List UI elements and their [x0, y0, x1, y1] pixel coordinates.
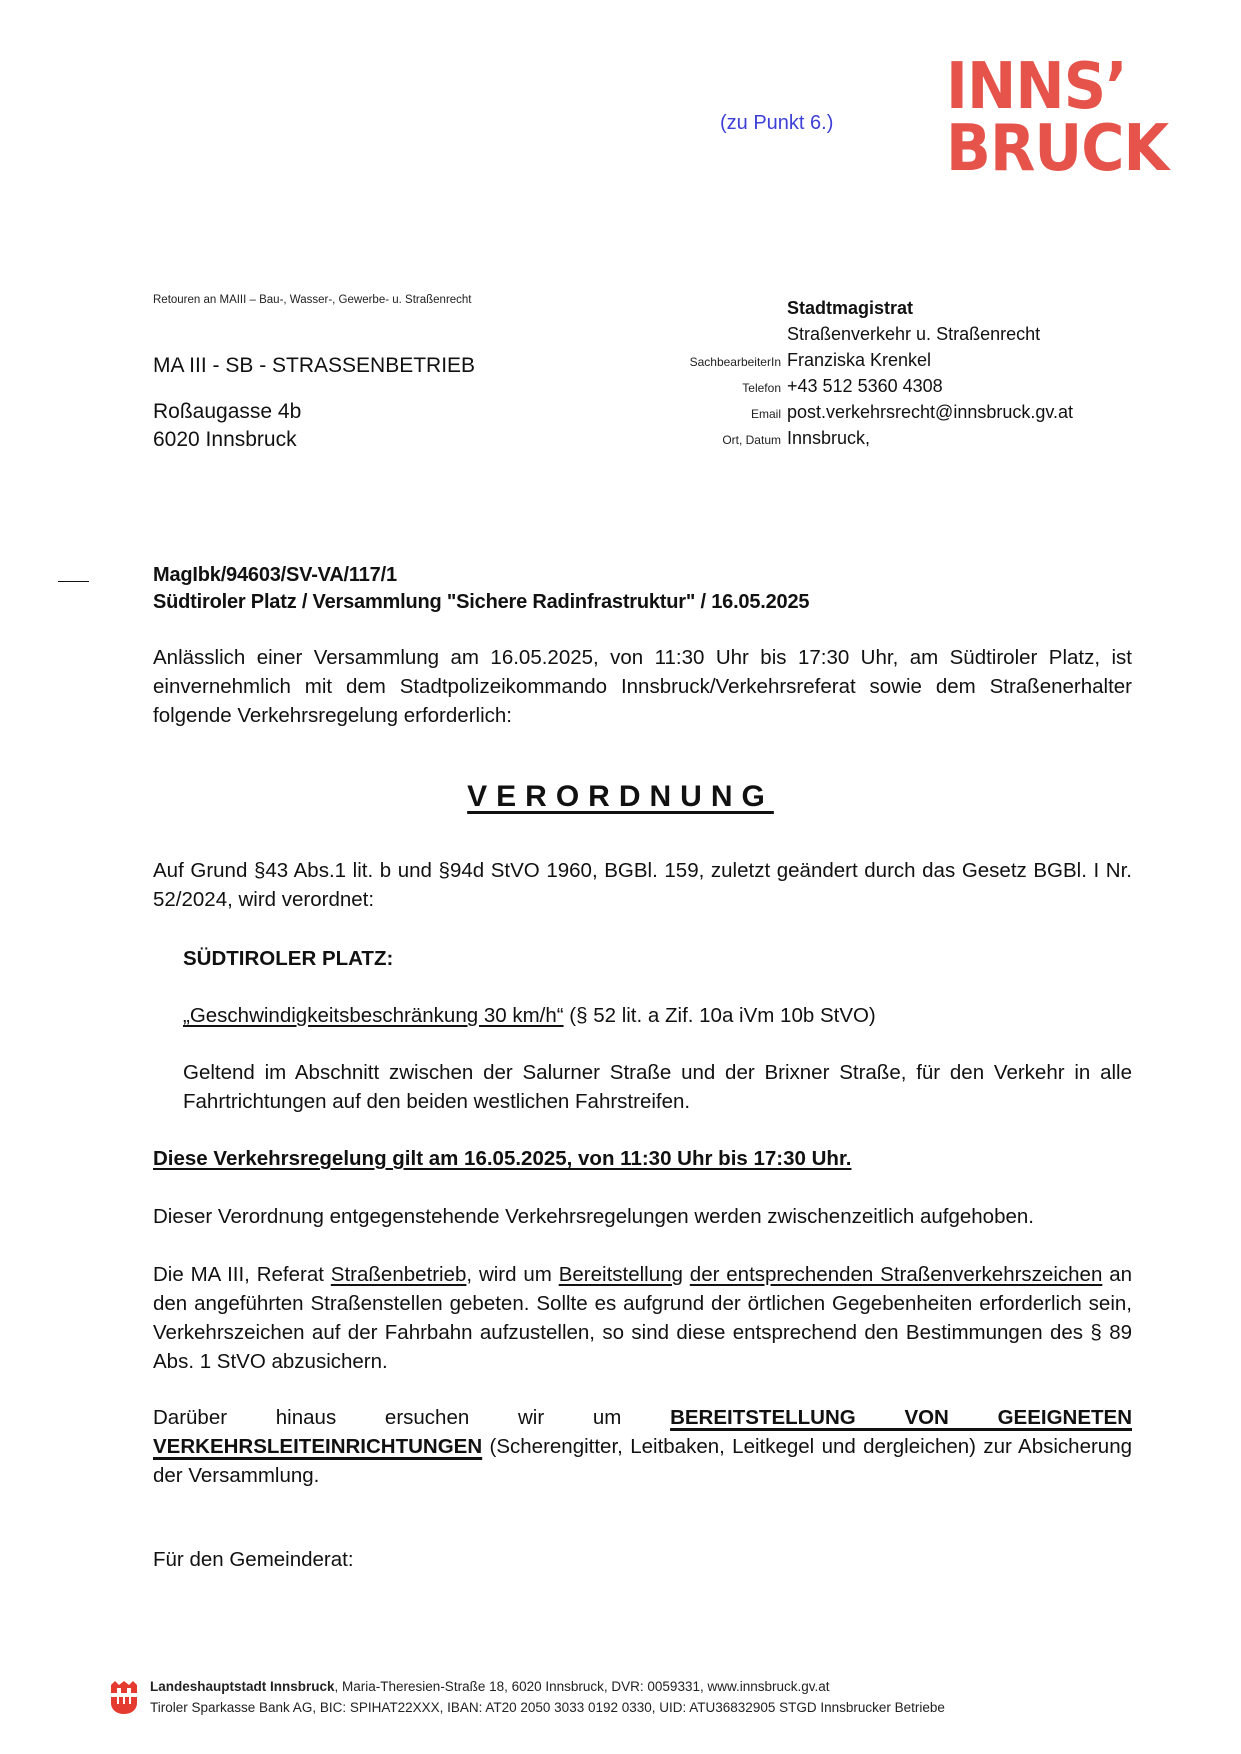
email-value[interactable]: post.verkehrsrecht@innsbruck.gv.at [787, 402, 1073, 423]
request-underline-2: Bereitstellung [559, 1263, 683, 1286]
validity-text: Diese Verkehrsregelung gilt am 16.05.202… [153, 1147, 851, 1170]
additional-text-1: Darüber hinaus ersuchen wir um [153, 1406, 670, 1429]
city-coat-of-arms-icon [110, 1679, 138, 1715]
measure-title: „Geschwindigkeitsbeschränkung 30 km/h“ [183, 1004, 564, 1027]
footer-org-name: Landeshauptstadt Innsbruck [150, 1679, 335, 1694]
fold-mark [58, 581, 89, 582]
subject-title: Südtiroler Platz / Versammlung "Sichere … [153, 589, 809, 616]
intro-paragraph: Anlässlich einer Versammlung am 16.05.20… [153, 643, 1132, 730]
measure-reference: (§ 52 lit. a Zif. 10a iVm 10b StVO) [564, 1004, 876, 1027]
place-date-value: Innsbruck, [787, 428, 870, 449]
subject-reference: MagIbk/94603/SV-VA/117/1 [153, 562, 809, 589]
footer: Landeshauptstadt Innsbruck, Maria-Theres… [110, 1676, 945, 1718]
validity-line: Diese Verkehrsregelung gilt am 16.05.202… [153, 1144, 1132, 1173]
legal-basis-paragraph: Auf Grund §43 Abs.1 lit. b und §94d StVO… [153, 856, 1132, 914]
return-address: Retouren an MAIII – Bau-, Wasser-, Gewer… [153, 294, 472, 306]
footer-address: , Maria-Theresien-Straße 18, 6020 Innsbr… [335, 1679, 830, 1694]
phone-label: Telefon [650, 381, 787, 395]
logo-line-2: BRUCK [946, 118, 1167, 180]
request-underline-3: der entsprechenden Straßenverkehrszeiche… [690, 1263, 1103, 1286]
footer-text: Landeshauptstadt Innsbruck, Maria-Theres… [150, 1676, 945, 1718]
measure-line: „Geschwindigkeitsbeschränkung 30 km/h“ (… [183, 1001, 1132, 1030]
request-paragraph: Die MA III, Referat Straßenbetrieb, wird… [153, 1260, 1132, 1376]
logo-line-1: INNS’ [946, 56, 1167, 118]
ordinance-heading: VERORDNUNG [0, 780, 1241, 814]
closing-line: Für den Gemeinderat: [153, 1545, 1132, 1574]
place-date-label: Ort, Datum [650, 433, 787, 447]
sender-org: Stadtmagistrat [787, 298, 913, 319]
reference-note: (zu Punkt 6.) [720, 112, 833, 135]
request-text-1: Die MA III, Referat [153, 1263, 331, 1286]
request-text-3 [683, 1263, 690, 1286]
location-heading: SÜDTIROLER PLATZ: [183, 944, 1132, 973]
clerk-label: SachbearbeiterIn [650, 355, 787, 369]
recipient-block: MA III - SB - STRASSENBETRIEB Roßaugasse… [153, 352, 475, 454]
recipient-city: 6020 Innsbruck [153, 426, 475, 454]
sender-block: Stadtmagistrat Straßenverkehr u. Straßen… [650, 298, 1210, 454]
additional-request-paragraph: Darüber hinaus ersuchen wir um BEREITSTE… [153, 1403, 1132, 1490]
request-text-2: , wird um [466, 1263, 558, 1286]
footer-line-1: Landeshauptstadt Innsbruck, Maria-Theres… [150, 1676, 945, 1697]
recipient-name: MA III - SB - STRASSENBETRIEB [153, 352, 475, 380]
clerk-value: Franziska Krenkel [787, 350, 931, 371]
phone-value: +43 512 5360 4308 [787, 376, 943, 397]
repeal-paragraph: Dieser Verordnung entgegenstehende Verke… [153, 1202, 1132, 1231]
request-underline-1: Straßenbetrieb [331, 1263, 467, 1286]
footer-line-2: Tiroler Sparkasse Bank AG, BIC: SPIHAT22… [150, 1697, 945, 1718]
recipient-street: Roßaugasse 4b [153, 398, 475, 426]
subject-block: MagIbk/94603/SV-VA/117/1 Südtiroler Plat… [153, 562, 809, 616]
sender-department: Straßenverkehr u. Straßenrecht [787, 324, 1040, 345]
email-label: Email [650, 407, 787, 421]
innsbruck-logo: INNS’ BRUCK [946, 56, 1186, 180]
scope-paragraph: Geltend im Abschnitt zwischen der Salurn… [183, 1058, 1132, 1116]
